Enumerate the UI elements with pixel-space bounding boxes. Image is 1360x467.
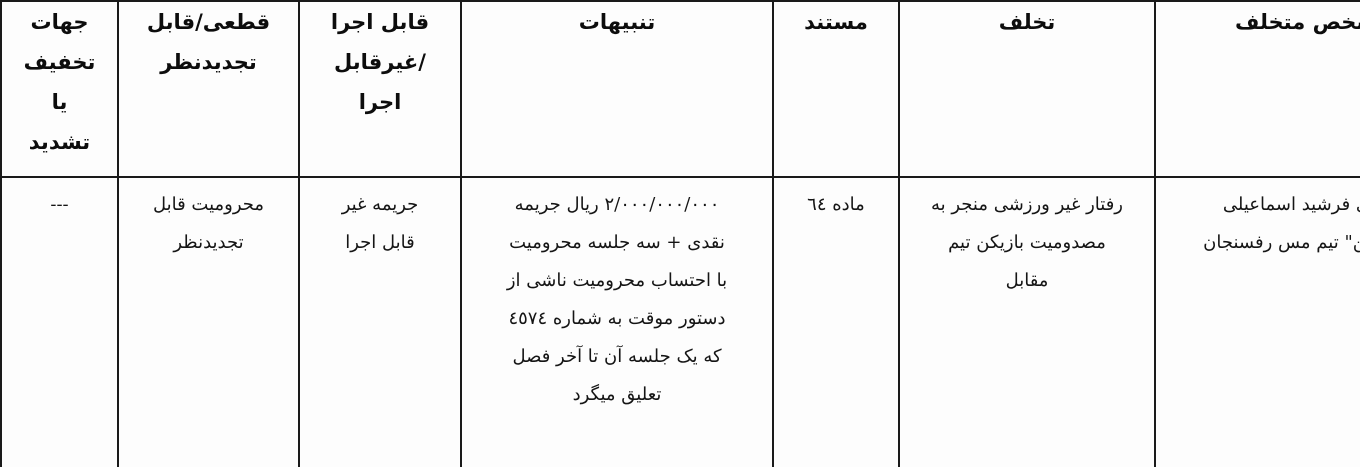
cell-executable-status: جریمه غیر قابل اجرا (299, 177, 461, 467)
cell-text-line: تجدیدنظر (125, 224, 292, 262)
header-violator-person: شخص متخلف (1155, 1, 1360, 177)
header-final-or-appealable: قطعی/قابل تجدیدنظر (118, 1, 299, 177)
cell-text-line: با احتساب محرومیت ناشی از (468, 262, 766, 300)
cell-text-line: ماده ٦٤ (780, 186, 892, 224)
cell-text-line: قابل اجرا (306, 224, 454, 262)
header-label-line: تخفیف (8, 42, 111, 82)
header-legal-document: مستند (773, 1, 899, 177)
cell-legal-document: ماده ٦٤ (773, 177, 899, 467)
header-label-line: اجرا (306, 82, 454, 122)
table-header-row: شخص متخلف تخلف مستند تنبیهات قابل اجرا /… (1, 1, 1360, 177)
cell-penalties: ۲/۰۰۰/۰۰۰/۰۰۰ ریال جریمه نقدی + سه جلسه … (461, 177, 773, 467)
header-label-line: جهات (8, 2, 111, 42)
header-label: مستند (780, 2, 892, 42)
header-label-line: قابل اجرا (306, 2, 454, 42)
cell-text-line: --- (8, 186, 111, 224)
cell-violator-person: آقای فرشید اسماعیلی "بازیکن" تیم مس رفسن… (1155, 177, 1360, 467)
header-label: تنبیهات (468, 2, 766, 42)
document-page: شخص متخلف تخلف مستند تنبیهات قابل اجرا /… (0, 0, 1360, 467)
cell-text-line: دستور موقت به شماره ٤٥٧٤ (468, 300, 766, 338)
cell-text-line: تعلیق میگرد (468, 376, 766, 414)
table-row: آقای فرشید اسماعیلی "بازیکن" تیم مس رفسن… (1, 177, 1360, 467)
header-label-line: تجدیدنظر (125, 42, 292, 82)
header-mitigating-aggravating-factors: جهات تخفیف یا تشدید (1, 1, 118, 177)
cell-violation: رفتار غیر ورزشی منجر به مصدومیت بازیکن ت… (899, 177, 1155, 467)
cell-text-line: رفتار غیر ورزشی منجر به (906, 186, 1148, 224)
header-label-line: /غیرقابل (306, 42, 454, 82)
cell-text-line: مصدومیت بازیکن تیم (906, 224, 1148, 262)
cell-text-line: آقای فرشید اسماعیلی (1162, 186, 1360, 224)
header-label: شخص متخلف (1162, 2, 1360, 42)
cell-final-or-appealable: محرومیت قابل تجدیدنظر (118, 177, 299, 467)
cell-text-line: جریمه غیر (306, 186, 454, 224)
cell-text-line: محرومیت قابل (125, 186, 292, 224)
cell-text-line: که یک جلسه آن تا آخر فصل (468, 338, 766, 376)
cell-text-line: مقابل (906, 262, 1148, 300)
header-violation: تخلف (899, 1, 1155, 177)
header-executable-status: قابل اجرا /غیرقابل اجرا (299, 1, 461, 177)
cell-text-line: "بازیکن" تیم مس رفسنجان (1162, 224, 1360, 262)
header-label-line: تشدید (8, 122, 111, 162)
cell-text-line: نقدی + سه جلسه محرومیت (468, 224, 766, 262)
header-label-line: یا (8, 82, 111, 122)
disciplinary-ruling-table: شخص متخلف تخلف مستند تنبیهات قابل اجرا /… (0, 0, 1360, 467)
header-penalties: تنبیهات (461, 1, 773, 177)
header-label: تخلف (906, 2, 1148, 42)
cell-text-line: ۲/۰۰۰/۰۰۰/۰۰۰ ریال جریمه (468, 186, 766, 224)
cell-mitigating-aggravating-factors: --- (1, 177, 118, 467)
header-label-line: قطعی/قابل (125, 2, 292, 42)
